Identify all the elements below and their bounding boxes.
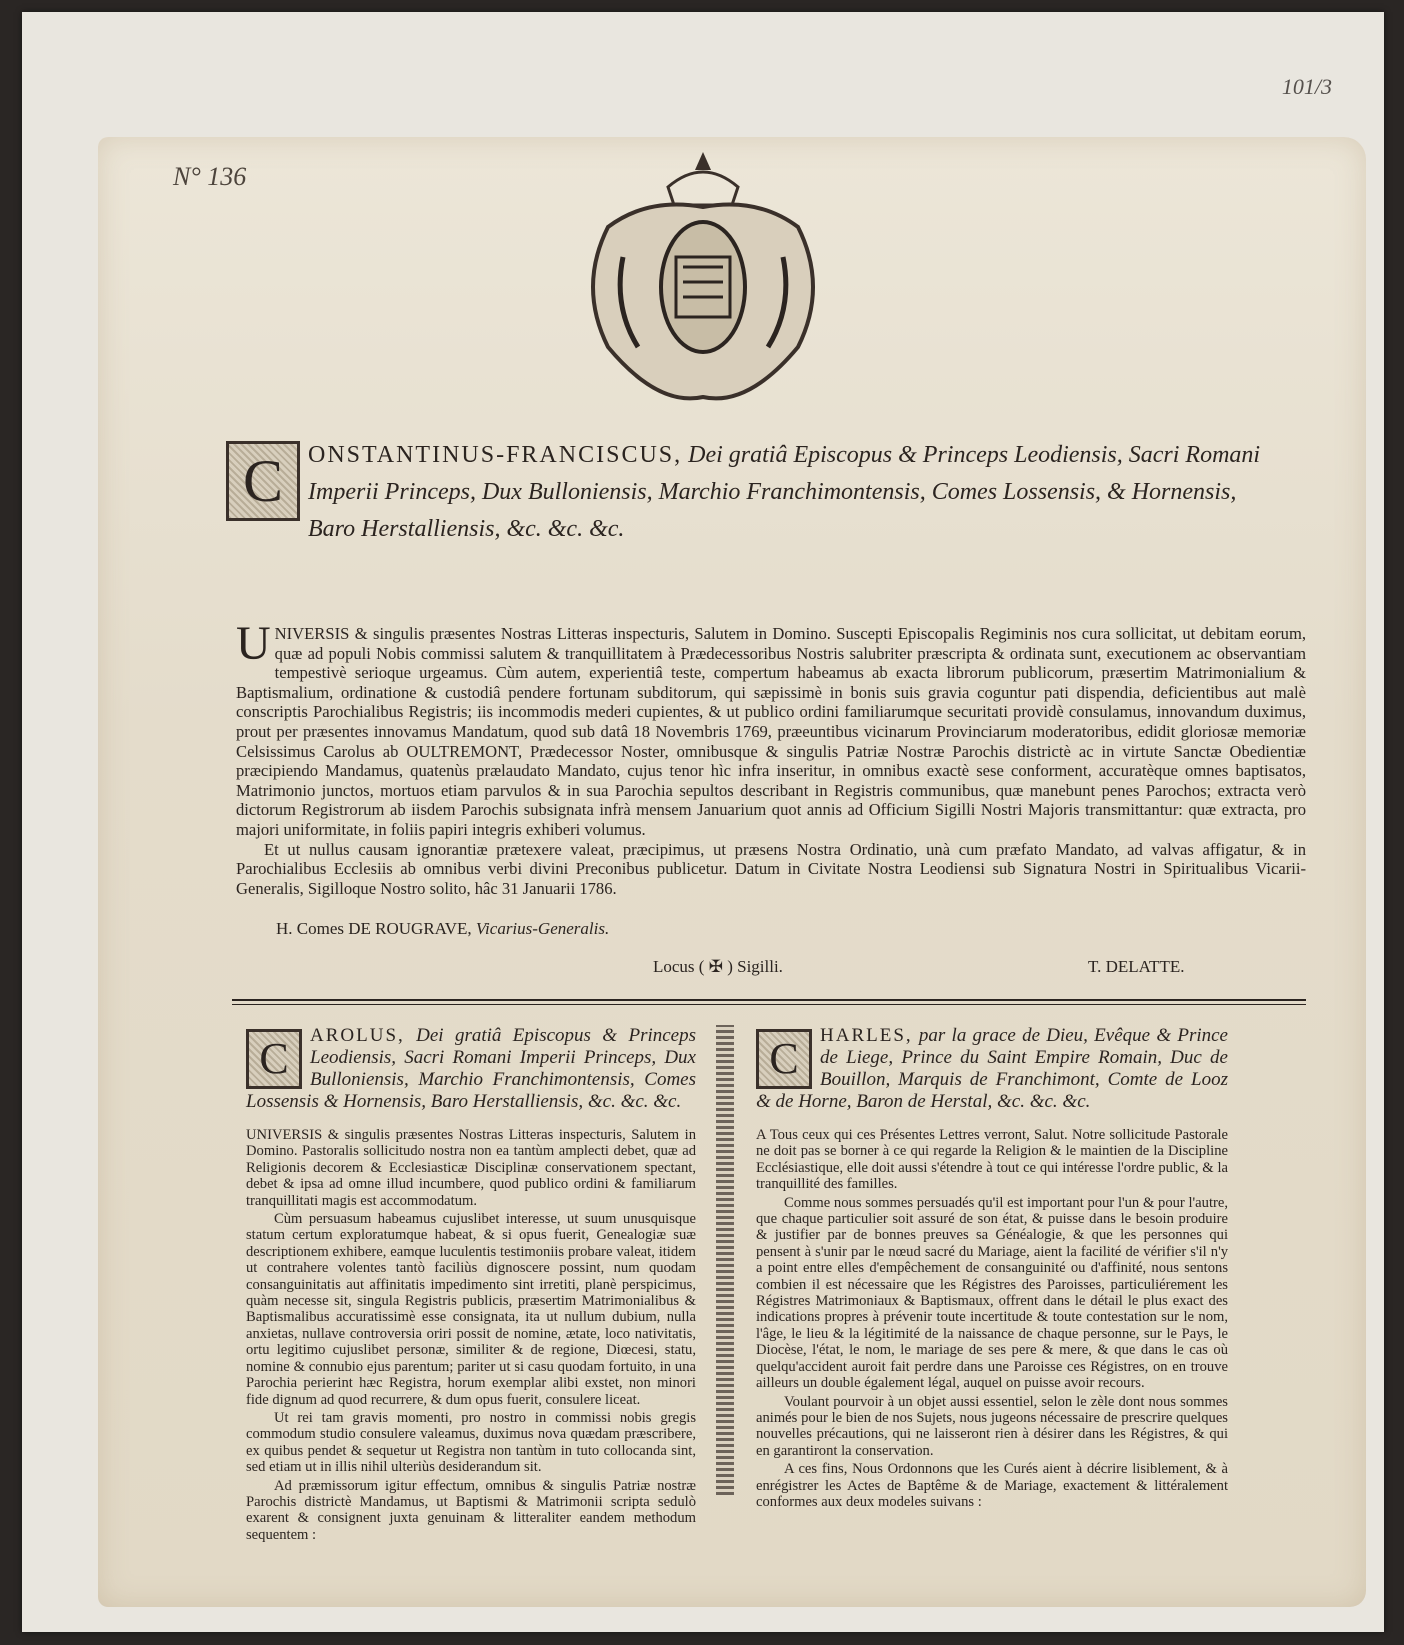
latin-mandate-p1: UNIVERSIS & singulis præsentes Nostras L…	[246, 1127, 696, 1209]
latin-ordinance-text: UNIVERSIS & singulis præsentes Nostras L…	[236, 624, 1306, 898]
seal-place: Locus ( ✠ ) Sigilli.	[653, 957, 783, 977]
latin-paragraph-1: NIVERSIS & singulis præsentes Nostras Li…	[236, 624, 1306, 839]
decorated-initial: C	[226, 441, 300, 521]
column-header-name: HARLES,	[820, 1025, 913, 1046]
french-mandate-column: C HARLES, par la grace de Dieu, Evêque &…	[756, 1025, 1228, 1512]
signature-title: Vicarius-Generalis.	[476, 919, 609, 938]
archive-mount-board: 101/3 N° 136 C ONSTANTINUS-FRANCISCUS, D…	[22, 12, 1384, 1632]
title-name: ONSTANTINUS-FRANCISCUS,	[308, 442, 682, 468]
decorated-initial: C	[756, 1029, 812, 1089]
coat-of-arms-icon	[568, 147, 838, 402]
column-header-name: AROLUS,	[310, 1025, 405, 1046]
double-rule-top	[232, 999, 1306, 1001]
latin-paragraph-2: Et ut nullus causam ignorantiæ prætexere…	[236, 840, 1306, 899]
french-mandate-p4: A ces fins, Nous Ordonnons que les Curés…	[756, 1461, 1228, 1510]
latin-mandate-p2: Cùm persuasum habeamus cujuslibet intere…	[246, 1211, 696, 1408]
ordinance-title: C ONSTANTINUS-FRANCISCUS, Dei gratiâ Epi…	[226, 437, 1286, 548]
archive-reference-mark: 101/3	[1282, 74, 1332, 100]
ornamental-column-divider	[716, 1025, 734, 1495]
french-mandate-p1: A Tous ceux qui ces Présentes Lettres ve…	[756, 1127, 1228, 1193]
initial-U: U	[236, 624, 271, 664]
decorated-initial: C	[246, 1029, 302, 1089]
french-mandate-p3: Voulant pourvoir à un objet aussi essent…	[756, 1394, 1228, 1460]
latin-mandate-p4: Ad præmissorum igitur effectum, omnibus …	[246, 1478, 696, 1544]
signature-name: H. Comes DE ROUGRAVE,	[276, 919, 472, 938]
printed-ordinance-sheet: N° 136 C ONSTANTINUS-FRANCISCUS, Dei gra…	[98, 137, 1366, 1607]
secretary-signature: T. DELATTE.	[1088, 957, 1184, 977]
vicar-general-signature: H. Comes DE ROUGRAVE, Vicarius-Generalis…	[276, 919, 609, 939]
latin-mandate-column: C AROLUS, Dei gratiâ Episcopus & Princep…	[246, 1025, 696, 1545]
handwritten-number: N° 136	[173, 162, 246, 192]
french-mandate-p2: Comme nous sommes persuadés qu'il est im…	[756, 1195, 1228, 1392]
latin-mandate-p3: Ut rei tam gravis momenti, pro nostro in…	[246, 1410, 696, 1476]
double-rule-bottom	[232, 1004, 1306, 1005]
